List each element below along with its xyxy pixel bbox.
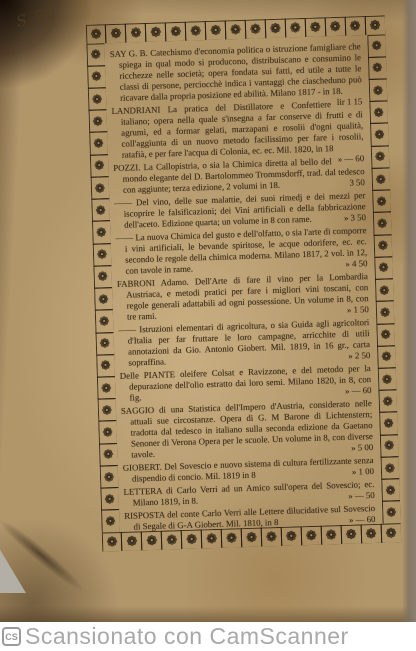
- catalog-entry: Delle PIANTE oleifere Colsat e Ravizzone…: [120, 363, 372, 404]
- border-ornament-icon: ❁: [96, 376, 116, 400]
- border-ornament-icon: ❁: [379, 434, 399, 458]
- scanned-page-photo: S.50 ❁❁❁❁❁❁❁❁❁❁❁❁❁❁❁ ❁❁❁❁❁❁❁❁❁❁❁❁❁❁❁❁❁❁❁…: [0, 0, 416, 622]
- entry-text: LANDRIANI La pratica del Distillatore e …: [111, 99, 363, 160]
- catalog-entry: LANDRIANI La pratica del Distillatore e …: [111, 98, 364, 161]
- border-ornament-icon: ❁: [364, 15, 385, 35]
- ornamental-border-frame: ❁❁❁❁❁❁❁❁❁❁❁❁❁❁❁ ❁❁❁❁❁❁❁❁❁❁❁❁❁❁❁❁❁❁❁❁❁❁ S…: [86, 15, 401, 551]
- border-ornament-icon: ❁: [161, 530, 183, 551]
- border-ornament-icon: ❁: [221, 528, 243, 549]
- border-ornament-icon: ❁: [372, 189, 392, 213]
- entry-price: 3 50: [343, 177, 365, 189]
- catalog-entry: —— Del vino, delle sue malattie, dei suo…: [114, 190, 366, 231]
- entry-text: —— Del vino, delle sue malattie, dei suo…: [114, 190, 366, 230]
- page-right-edge: [402, 0, 416, 622]
- border-ornament-icon: ❁: [301, 525, 323, 546]
- border-ornament-icon: ❁: [367, 56, 387, 80]
- border-ornament-icon: ❁: [94, 309, 114, 333]
- entry-price: » 2 50: [342, 350, 370, 362]
- handwritten-price-note: S.50: [14, 3, 59, 31]
- border-ornament-icon: ❁: [90, 176, 110, 200]
- border-ornament-icon: ❁: [101, 509, 120, 532]
- border-ornament-icon: ❁: [181, 529, 203, 550]
- entry-price: » — 60: [339, 385, 372, 397]
- entry-text: —— La nuova Chimica del gusto e dell'olf…: [115, 225, 367, 276]
- border-ornament-icon: ❁: [225, 19, 247, 40]
- border-ornament-icon: ❁: [379, 412, 399, 436]
- border-ornament-icon: ❁: [304, 17, 326, 38]
- border-ornament-icon: ❁: [245, 19, 267, 40]
- border-ornament-icon: ❁: [88, 109, 108, 133]
- catalog-entry: FABRONI Adamo. Dell'Arte di fare il vino…: [117, 271, 369, 323]
- entry-price: lir 1 15: [331, 96, 363, 108]
- border-ornament-icon: ❁: [261, 526, 283, 547]
- border-ornament-icon: ❁: [125, 22, 147, 43]
- border-ornament-icon: ❁: [94, 287, 114, 311]
- border-ornament-icon: ❁: [201, 528, 223, 549]
- border-ornament-icon: ❁: [324, 16, 346, 37]
- entry-text: SAGGIO di una Statistica dell'Impero d'A…: [121, 398, 373, 460]
- border-ornament-icon: ❁: [381, 478, 401, 502]
- border-ornament-icon: ❁: [92, 243, 112, 267]
- camscanner-watermark-bar: CS Scansionato con CamScanner: [0, 622, 416, 651]
- border-ornament-icon: ❁: [99, 465, 119, 489]
- border-ornament-icon: ❁: [102, 531, 123, 551]
- catalog-entry: SAGGIO di una Statistica dell'Impero d'A…: [121, 398, 374, 461]
- border-ornament-icon: ❁: [87, 65, 107, 89]
- border-ornament-icon: ❁: [98, 443, 118, 467]
- border-ornament-icon: ❁: [380, 523, 401, 543]
- border-ornament-icon: ❁: [374, 256, 394, 280]
- border-ornament-icon: ❁: [372, 212, 392, 236]
- border-ornament-icon: ❁: [205, 20, 227, 41]
- catalog-entry: SAY G. B. Catechismo d'economia politica…: [110, 41, 363, 104]
- border-ornament-icon: ❁: [121, 531, 143, 552]
- border-ornament-icon: ❁: [377, 367, 397, 391]
- border-ornament-icon: ❁: [165, 21, 187, 42]
- entry-price: » 1 50: [341, 304, 369, 316]
- border-ornament-icon: ❁: [91, 221, 111, 245]
- border-ornament-icon: ❁: [141, 530, 163, 551]
- border-ornament-icon: ❁: [380, 456, 400, 480]
- catalog-entry: —— Istruzioni elementari di agricoltura,…: [118, 317, 370, 369]
- border-ornament-icon: ❁: [360, 523, 382, 544]
- border-ornament-icon: ❁: [369, 101, 389, 125]
- border-ornament-icon: ❁: [375, 301, 395, 325]
- border-ornament-icon: ❁: [241, 527, 263, 548]
- camscanner-icon: CS: [2, 627, 21, 646]
- entry-price: » 4 50: [339, 258, 367, 270]
- border-ornament-icon: ❁: [86, 24, 107, 44]
- border-ornament-icon: ❁: [376, 323, 396, 347]
- border-ornament-icon: ❁: [374, 278, 394, 302]
- border-ornament-icon: ❁: [97, 398, 117, 422]
- border-ornament-icon: ❁: [145, 22, 167, 43]
- border-ornament-icon: ❁: [96, 354, 116, 378]
- border-ornament-icon: ❁: [100, 487, 120, 511]
- border-ornament-icon: ❁: [89, 154, 109, 178]
- border-ornament-icon: ❁: [87, 87, 107, 111]
- border-ornament-icon: ❁: [281, 526, 303, 547]
- entry-price: » 3 50: [338, 212, 366, 224]
- entry-text: Delle PIANTE oleifere Colsat e Ravizzone…: [120, 363, 372, 403]
- entry-price: » — 60: [332, 153, 365, 165]
- border-ornament-icon: ❁: [86, 43, 105, 66]
- border-ornament-icon: ❁: [285, 17, 307, 38]
- border-ornament-icon: ❁: [320, 525, 342, 546]
- entry-price: » 1 00: [346, 466, 374, 478]
- entry-text: FABRONI Adamo. Dell'Arte di fare il vino…: [117, 271, 369, 322]
- border-ornament-icon: ❁: [381, 501, 400, 524]
- entry-price: » — 50: [342, 490, 375, 502]
- border-ornament-icon: ❁: [370, 145, 390, 169]
- border-ornament-icon: ❁: [93, 265, 113, 289]
- border-ornament-icon: ❁: [367, 34, 386, 57]
- border-ornament-icon: ❁: [344, 16, 366, 37]
- border-ornament-icon: ❁: [371, 167, 391, 191]
- border-ornament-icon: ❁: [368, 78, 388, 102]
- border-ornament-icon: ❁: [373, 234, 393, 258]
- entry-price: » 5 00: [345, 442, 373, 454]
- catalog-entry: POZZI. La Callopistria, o sia la Chimica…: [113, 155, 365, 196]
- border-ornament-icon: ❁: [340, 524, 362, 545]
- border-ornament-icon: ❁: [105, 23, 127, 44]
- border-ornament-icon: ❁: [377, 345, 397, 369]
- border-ornament-icon: ❁: [98, 421, 118, 445]
- book-catalog-text: SAY G. B. Catechismo d'economia politica…: [104, 35, 382, 532]
- border-ornament-icon: ❁: [370, 123, 390, 147]
- entry-text: POZZI. La Callopistria, o sia la Chimica…: [113, 156, 365, 195]
- border-ornament-icon: ❁: [95, 332, 115, 356]
- border-ornament-icon: ❁: [89, 132, 109, 156]
- entry-text: —— Istruzioni elementari di agricoltura,…: [118, 317, 370, 368]
- border-ornament-icon: ❁: [185, 21, 207, 42]
- border-ornament-icon: ❁: [378, 389, 398, 413]
- catalog-entry: —— La nuova Chimica del gusto e dell'olf…: [115, 225, 367, 277]
- camscanner-watermark-text: Scansionato con CamScanner: [25, 623, 349, 650]
- border-ornament-icon: ❁: [91, 198, 111, 222]
- entry-text: SAY G. B. Catechismo d'economia politica…: [110, 41, 362, 103]
- border-ornament-icon: ❁: [265, 18, 287, 39]
